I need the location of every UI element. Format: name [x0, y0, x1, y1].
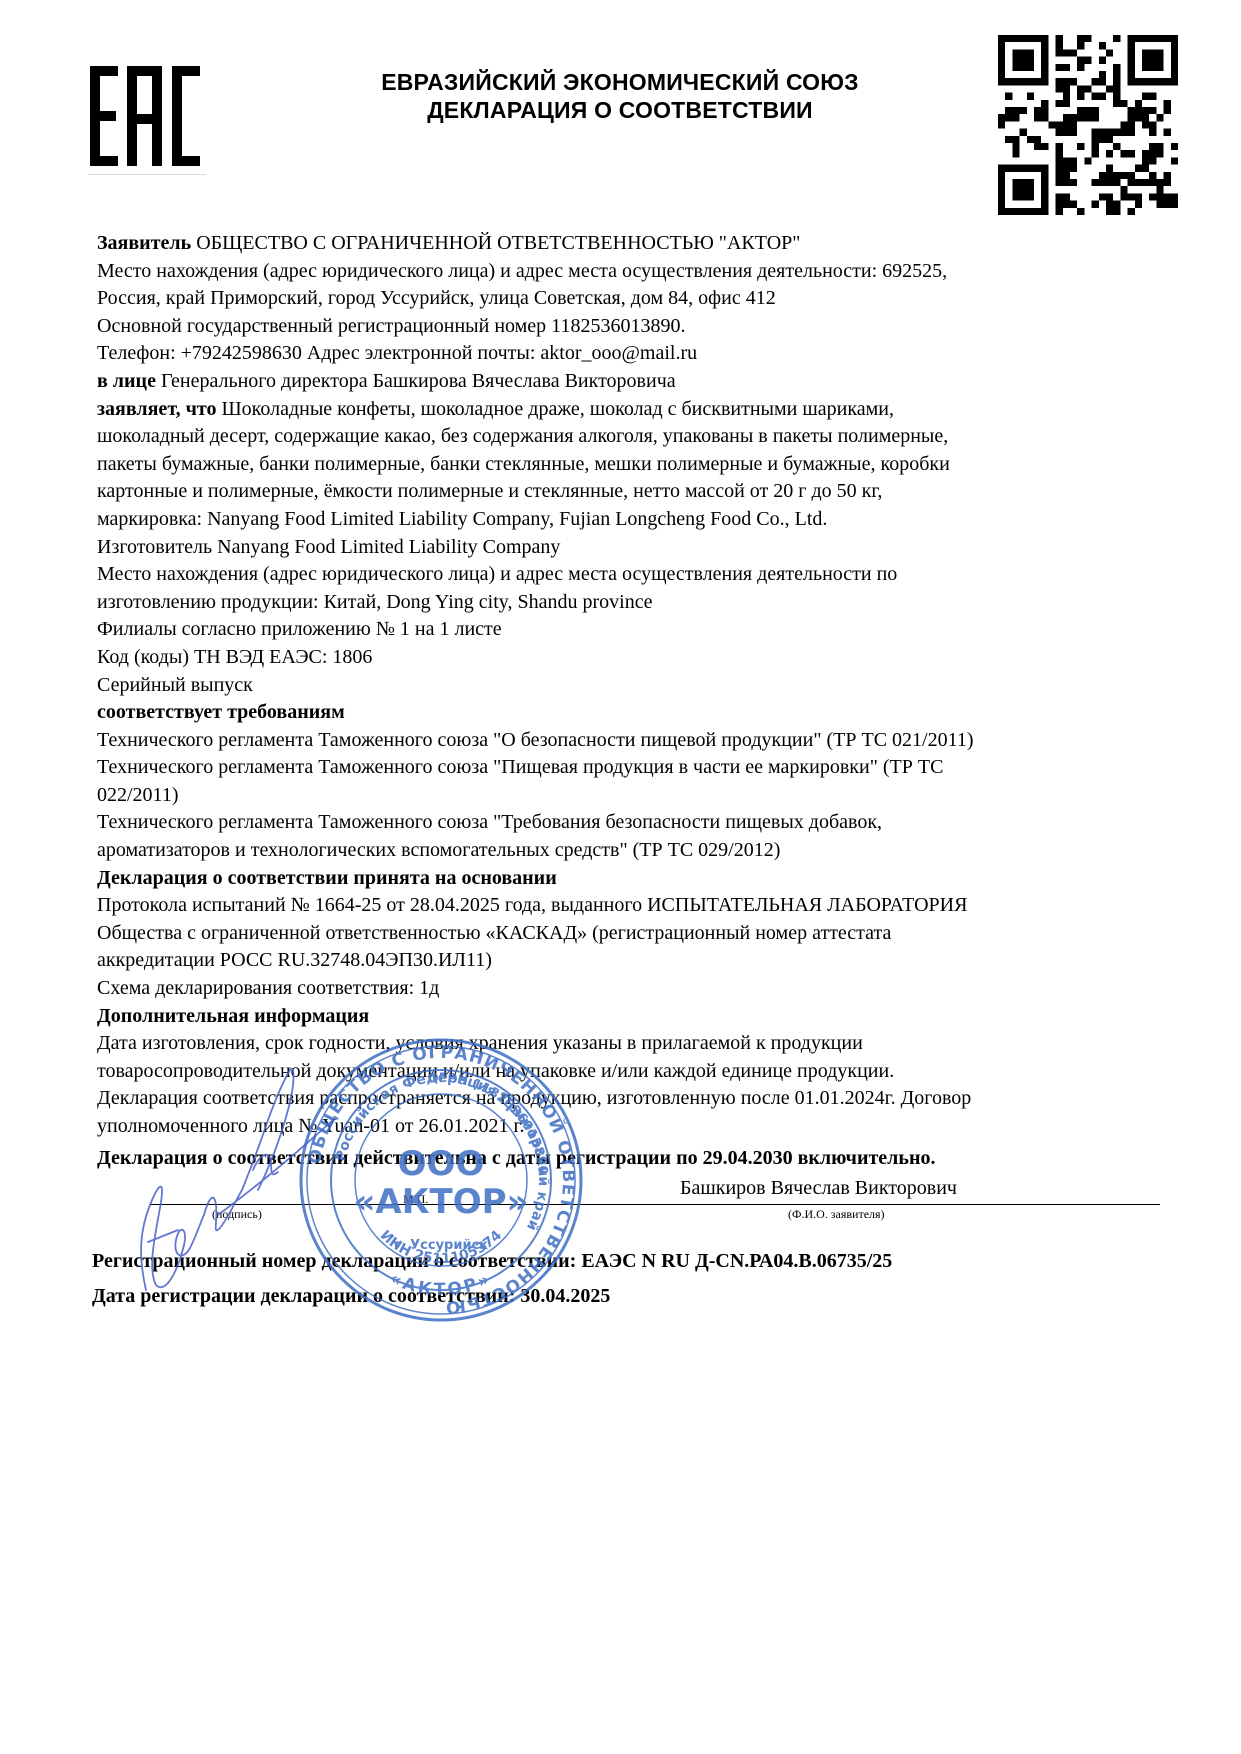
requirements-heading: соответствует требованиям — [97, 699, 1177, 727]
declares-label: заявляет, что — [97, 398, 216, 420]
union-title: ЕВРАЗИЙСКИЙ ЭКОНОМИЧЕСКИЙ СОЮЗ — [300, 68, 940, 96]
product-line: пакеты бумажные, банки полимерные, банки… — [97, 451, 1177, 479]
basis-line: Протокола испытаний № 1664-25 от 28.04.2… — [97, 892, 1177, 920]
validity-statement: Декларация о соответствии действительна … — [97, 1147, 936, 1170]
registration-date: Дата регистрации декларации о соответств… — [92, 1285, 610, 1308]
product-text: Шоколадные конфеты, шоколадное драже, шо… — [216, 398, 894, 420]
applicant-name: ОБЩЕСТВО С ОГРАНИЧЕННОЙ ОТВЕТСТВЕННОСТЬЮ… — [191, 232, 800, 254]
represented-by: Генерального директора Башкирова Вячесла… — [156, 370, 676, 392]
eac-logo — [88, 62, 206, 175]
applicant-contacts: Телефон: +79242598630 Адрес электронной … — [97, 340, 1177, 368]
additional-info-line: товаросопроводительной документации и/ил… — [97, 1058, 1177, 1086]
qr-code-icon — [998, 35, 1178, 215]
release-type: Серийный выпуск — [97, 672, 1177, 700]
product-line: маркировка: Nanyang Food Limited Liabili… — [97, 506, 1177, 534]
applicant-label: Заявитель — [97, 232, 191, 254]
product-line: картонные и полимерные, ёмкости полимерн… — [97, 478, 1177, 506]
applicant-address-line: Россия, край Приморский, город Уссурийск… — [97, 285, 1177, 313]
basis-line: аккредитации РОСС RU.32748.04ЭП30.ИЛ11) — [97, 947, 1177, 975]
basis-line: Общества с ограниченной ответственностью… — [97, 920, 1177, 948]
registration-number: Регистрационный номер декларации о соотв… — [92, 1250, 892, 1273]
declaration-body: Заявитель ОБЩЕСТВО С ОГРАНИЧЕННОЙ ОТВЕТС… — [97, 230, 1177, 1141]
additional-info-line: Декларация соответствия распространяется… — [97, 1085, 1177, 1113]
manufacturer-address-line: изготовлению продукции: Китай, Dong Ying… — [97, 589, 1177, 617]
signatory-name: Башкиров Вячеслав Викторович — [680, 1177, 957, 1200]
signature-line — [150, 1204, 1160, 1205]
product-line: заявляет, что Шоколадные конфеты, шокола… — [97, 396, 1177, 424]
manufacturer-address-line: Место нахождения (адрес юридического лиц… — [97, 561, 1177, 589]
hs-code: Код (коды) ТН ВЭД ЕАЭС: 1806 — [97, 644, 1177, 672]
additional-info-line: Дата изготовления, срок годности, услови… — [97, 1030, 1177, 1058]
additional-info-heading: Дополнительная информация — [97, 1003, 1177, 1031]
applicant-line: Заявитель ОБЩЕСТВО С ОГРАНИЧЕННОЙ ОТВЕТС… — [97, 230, 1177, 258]
additional-info-line: уполномоченного лица № Yuan-01 от 26.01.… — [97, 1113, 1177, 1141]
document-header: ЕВРАЗИЙСКИЙ ЭКОНОМИЧЕСКИЙ СОЮЗ ДЕКЛАРАЦИ… — [300, 68, 940, 124]
requirement-line: Технического регламента Таможенного союз… — [97, 809, 1177, 837]
applicant-address-line: Место нахождения (адрес юридического лиц… — [97, 258, 1177, 286]
manufacturer: Изготовитель Nanyang Food Limited Liabil… — [97, 534, 1177, 562]
requirement-line: Технического регламента Таможенного союз… — [97, 754, 1177, 782]
represented-by-line: в лице Генерального директора Башкирова … — [97, 368, 1177, 396]
represented-label: в лице — [97, 370, 156, 392]
branches: Филиалы согласно приложению № 1 на 1 лис… — [97, 616, 1177, 644]
signature-caption: (подпись) — [212, 1207, 262, 1222]
basis-heading: Декларация о соответствии принята на осн… — [97, 865, 1177, 893]
product-line: шоколадный десерт, содержащие какао, без… — [97, 423, 1177, 451]
requirement-line: Технического регламента Таможенного союз… — [97, 727, 1177, 755]
requirement-line: 022/2011) — [97, 782, 1177, 810]
svg-text:«АКТОР»: «АКТОР» — [353, 1182, 528, 1222]
requirement-line: ароматизаторов и технологических вспомог… — [97, 837, 1177, 865]
name-caption: (Ф.И.О. заявителя) — [788, 1207, 885, 1222]
applicant-ogrn: Основной государственный регистрационный… — [97, 313, 1177, 341]
declaration-scheme: Схема декларирования соответствия: 1д — [97, 975, 1177, 1003]
eac-mark-icon — [88, 62, 206, 174]
document-title: ДЕКЛАРАЦИЯ О СООТВЕТСТВИИ — [300, 96, 940, 124]
